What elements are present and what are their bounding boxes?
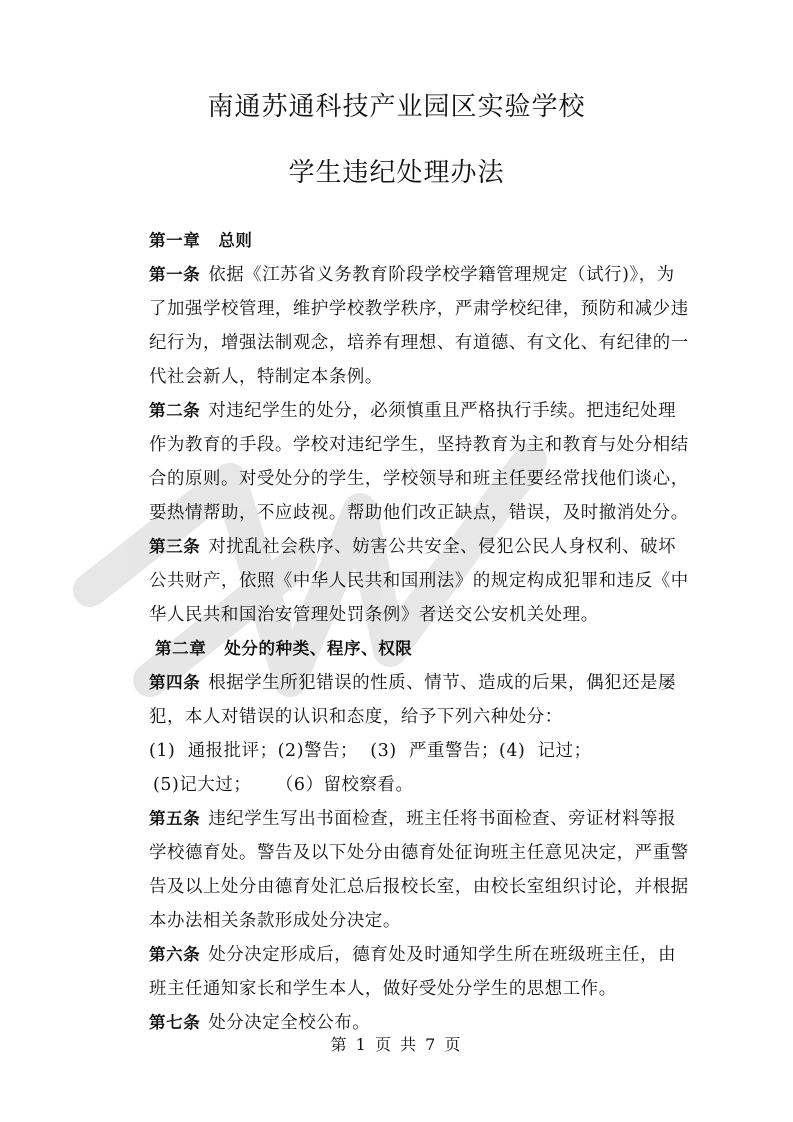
article-2-line-1: 对违纪学生的处分，必须慎重且严格执行手续。把违纪处理 [208, 401, 676, 421]
article-4-line-1: 根据学生所犯错误的性质、情节、造成的后果，偶犯还是屡 [208, 673, 676, 693]
article-1-line-2: 了加强学校管理，维护学校教学秩序，严肃学校纪律，预防和减少违 [149, 292, 719, 326]
chapter-2-heading: 第二章处分的种类、程序、权限 [149, 632, 719, 666]
page-number-footer: 第 1 页 共 7 页 [0, 1032, 793, 1055]
article-4-line-2: 犯，本人对错误的认识和态度，给予下列六种处分： [149, 700, 719, 734]
article-1-line-3: 纪行为，增强法制观念，培养有理想、有道德、有文化、有纪律的一 [149, 326, 719, 360]
article-4: 第四条根据学生所犯错误的性质、情节、造成的后果，偶犯还是屡 [149, 666, 719, 700]
article-7-label: 第七条 [149, 1013, 200, 1032]
article-6-line-2: 班主任通知家长和学生本人，做好受处分学生的思想工作。 [149, 972, 719, 1006]
penalty-list-line-1: (1) 通报批评；(2)警告； (3) 严重警告；(4) 记过； [149, 734, 719, 768]
article-5: 第五条违纪学生写出书面检查，班主任将书面检查、旁证材料等报 [149, 802, 719, 836]
chapter-1-heading: 第一章总则 [149, 224, 719, 258]
article-5-line-4: 本办法相关条款形成处分决定。 [149, 904, 719, 938]
article-4-label: 第四条 [149, 673, 200, 692]
article-5-label: 第五条 [149, 809, 200, 828]
article-1-line-4: 代社会新人，特制定本条例。 [149, 360, 719, 394]
article-2-line-2: 作为教育的手段。学校对违纪学生，坚持教育为主和教育与处分相结 [149, 428, 719, 462]
document-title-school: 南通苏通科技产业园区实验学校 [0, 86, 793, 123]
article-3-label: 第三条 [149, 537, 200, 556]
article-2-label: 第二条 [149, 401, 200, 420]
penalty-list-line-2: (5)记大过； （6）留校察看。 [149, 768, 719, 802]
article-3-line-3: 华人民共和国治安管理处罚条例》者送交公安机关处理。 [149, 598, 719, 632]
article-6-label: 第六条 [149, 945, 200, 964]
article-6-line-1: 处分决定形成后，德育处及时通知学生所在班级班主任，由 [208, 945, 676, 965]
document-page: 南通苏通科技产业园区实验学校 学生违纪处理办法 第一章总则 第一条依据《江苏省义… [0, 0, 793, 1122]
article-5-line-2: 学校德育处。警告及以下处分由德育处征询班主任意见决定，严重警 [149, 836, 719, 870]
article-5-line-3: 告及以上处分由德育处汇总后报校长室，由校长室组织讨论，并根据 [149, 870, 719, 904]
article-1-line-1: 依据《江苏省义务教育阶段学校学籍管理规定（试行)》，为 [208, 265, 674, 285]
article-7-line-1: 处分决定全校公布。 [208, 1013, 370, 1033]
article-1-label: 第一条 [149, 265, 200, 284]
article-1: 第一条依据《江苏省义务教育阶段学校学籍管理规定（试行)》，为 [149, 258, 719, 292]
document-body: 第一章总则 第一条依据《江苏省义务教育阶段学校学籍管理规定（试行)》，为 了加强… [149, 224, 719, 1040]
chapter-2-label: 第二章 [155, 639, 206, 658]
article-5-line-1: 违纪学生写出书面检查，班主任将书面检查、旁证材料等报 [208, 809, 676, 829]
article-3-line-1: 对扰乱社会秩序、妨害公共安全、侵犯公民人身权利、破坏 [208, 537, 676, 557]
article-3: 第三条对扰乱社会秩序、妨害公共安全、侵犯公民人身权利、破坏 [149, 530, 719, 564]
chapter-2-name: 处分的种类、程序、权限 [224, 639, 412, 658]
document-title-main: 学生违纪处理办法 [0, 152, 793, 189]
article-2-line-3: 合的原则。对受处分的学生，学校领导和班主任要经常找他们谈心， [149, 462, 719, 496]
article-3-line-2: 公共财产，依照《中华人民共和国刑法》的规定构成犯罪和违反《中 [149, 564, 719, 598]
article-2: 第二条对违纪学生的处分，必须慎重且严格执行手续。把违纪处理 [149, 394, 719, 428]
chapter-1-name: 总则 [218, 231, 252, 250]
chapter-1-label: 第一章 [149, 231, 200, 250]
article-2-line-4: 要热情帮助，不应歧视。帮助他们改正缺点，错误，及时撤消处分。 [149, 496, 719, 530]
article-6: 第六条处分决定形成后，德育处及时通知学生所在班级班主任，由 [149, 938, 719, 972]
